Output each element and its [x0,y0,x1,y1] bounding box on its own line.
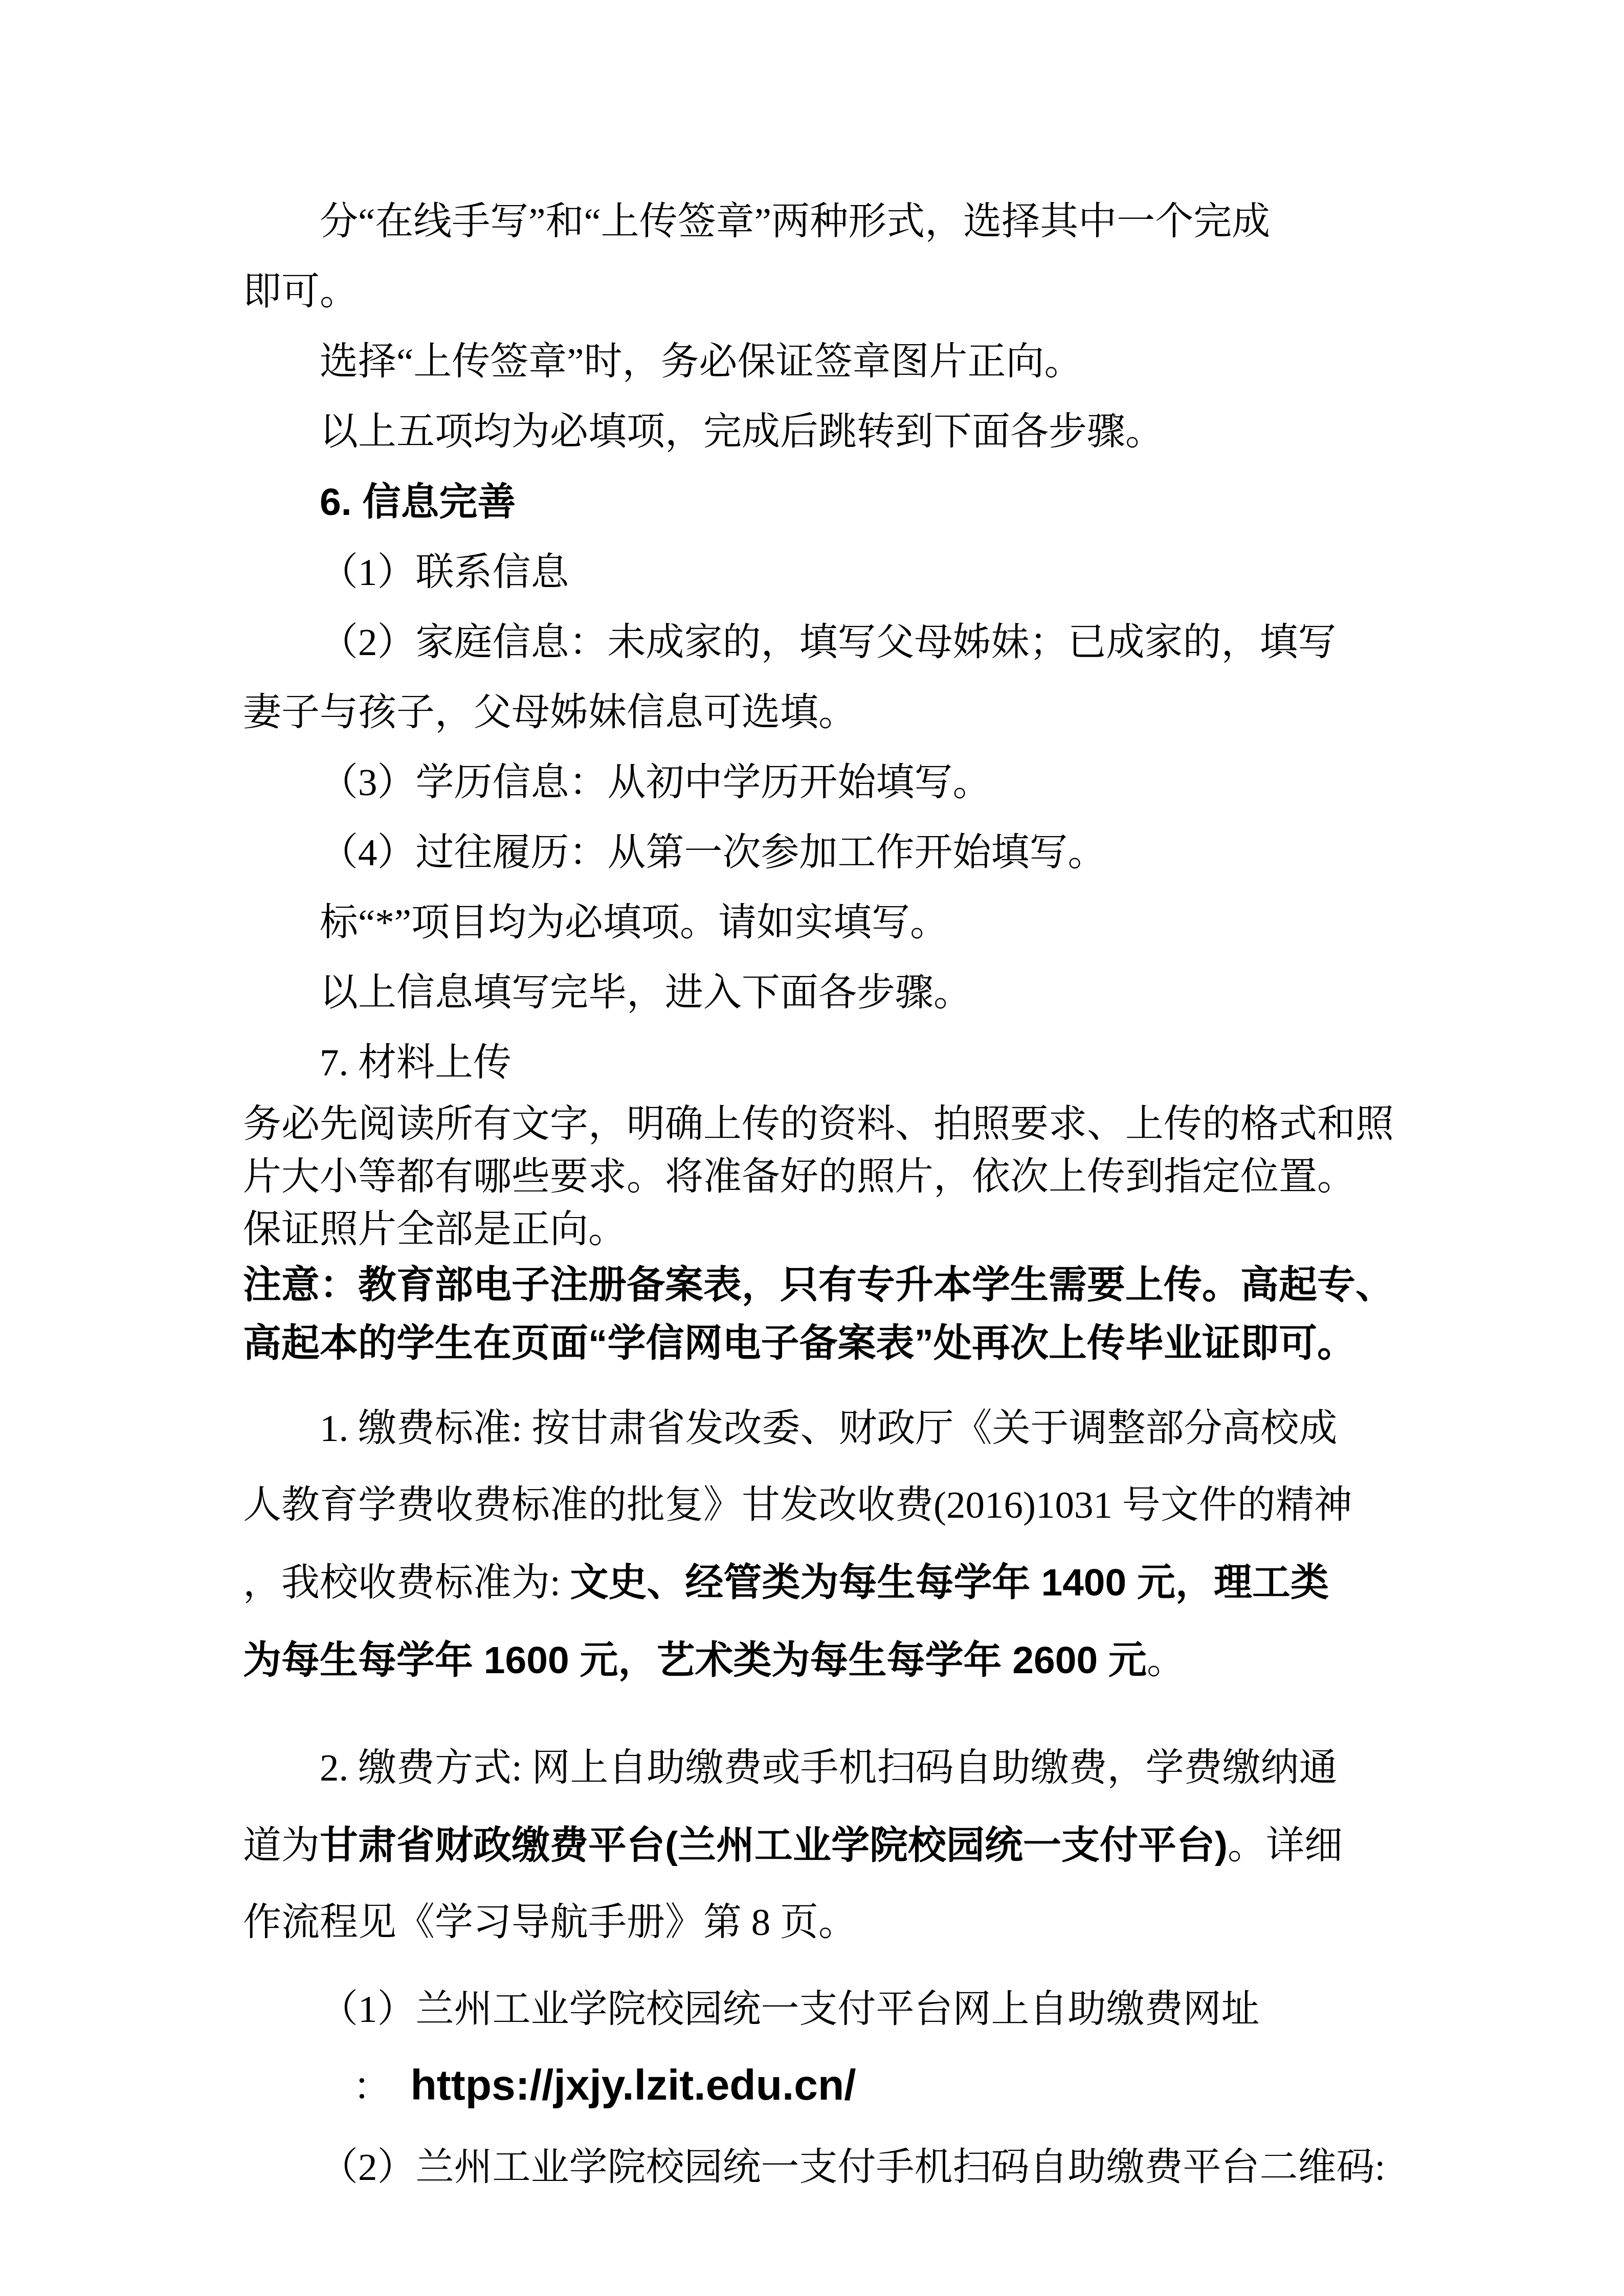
text-segment: 以上五项均为必填项，完成后跳转到下面各步骤。 [320,411,1164,453]
text-segment: 1. 缴费标准: 按甘肃省发改委、财政厅《关于调整部分高校成 [320,1407,1338,1450]
line-fee-standard-2: 人教育学费收费标准的批复》甘发改收费(2016)1031 号文件的精神 [243,1467,1430,1544]
text-segment: 即可。 [243,271,358,313]
text-segment: 人教育学费收费标准的批复》甘发改收费(2016)1031 号文件的精神 [243,1484,1352,1526]
step6-title: 6. 信息完善 [320,480,516,523]
heading-step6: 6. 信息完善 [243,467,1430,537]
text-segment: 。 [1147,1639,1185,1682]
text-segment: 道为 [243,1825,320,1867]
line-upload-seal-note: 选择“上传签章”时，务必保证签章图片正向。 [243,327,1430,397]
text-segment: 。详细 [1228,1825,1343,1867]
text-segment: （1）兰州工业学院校园统一支付平台网上自助缴费网址 [320,1988,1260,2031]
line-pay-method-3: 作流程见《学习导航手册》第 8 页。 [243,1884,1430,1961]
text-segment: 以上信息填写完毕，进入下面各步骤。 [320,972,972,1014]
line-family-info: （2）家庭信息：未成家的，填写父母姊妹；已成家的，填写 [243,607,1430,678]
notice-text: 高起本的学生在页面“学信网电子备案表”处再次上传毕业证即可。 [243,1321,1355,1364]
line-upload-para-1: 务必先阅读所有文字，明确上传的资料、拍照要求、上传的格式和照 [243,1098,1430,1151]
notice-text: 注意：教育部电子注册备案表，只有专升本学生需要上传。高起专、 [243,1263,1394,1306]
line-pay-qrcode-label: （2）兰州工业学院校园统一支付手机扫码自助缴费平台二维码: [243,2129,1430,2206]
payment-platform-name: 甘肃省财政缴费平台(兰州工业学院校园统一支付平台) [320,1824,1228,1866]
text-segment: （2）兰州工业学院校园统一支付手机扫码自助缴费平台二维码: [320,2146,1385,2189]
payment-url: https://jxjy.lzit.edu.cn/ [411,2061,856,2109]
line-info-done: 以上信息填写完毕，进入下面各步骤。 [243,958,1430,1028]
text-segment: 务必先阅读所有文字，明确上传的资料、拍照要求、上传的格式和照 [243,1103,1394,1145]
document-body: 分“在线手写”和“上传签章”两种形式，选择其中一个完成即可。选择“上传签章”时，… [243,187,1430,2206]
text-segment: 片大小等都有哪些要求。将准备好的照片，依次上传到指定位置。 [243,1156,1355,1198]
text-segment: ： [353,2066,411,2108]
line-sign-options-wrap: 即可。 [243,257,1430,327]
text-segment: 妻子与孩子，父母姊妹信息可选填。 [243,691,857,734]
text-segment: ，我校收费标准为: [243,1562,570,1604]
text-segment: 标“*”项目均为必填项。请如实填写。 [320,902,948,944]
line-fee-standard-3: ，我校收费标准为: 文史、经管类为每生每学年 1400 元，理工类 [243,1544,1430,1622]
line-pay-url: ： https://jxjy.lzit.edu.cn/ [243,2048,1430,2124]
fee-amount-science-art: 为每生每学年 1600 元，艺术类为每生每学年 2600 元 [243,1638,1147,1681]
line-contact-info: （1）联系信息 [243,537,1430,607]
document-page: 分“在线手写”和“上传签章”两种形式，选择其中一个完成即可。选择“上传签章”时，… [0,0,1624,2296]
line-work-history: （4）过往履历：从第一次参加工作开始填写。 [243,818,1430,888]
text-segment: （1）联系信息 [320,551,569,594]
line-fee-standard-1: 1. 缴费标准: 按甘肃省发改委、财政厅《关于调整部分高校成 [243,1390,1430,1467]
line-sign-options: 分“在线手写”和“上传签章”两种形式，选择其中一个完成 [243,187,1430,257]
step7-title: 7. 材料上传 [320,1042,511,1084]
text-segment: （4）过往履历：从第一次参加工作开始填写。 [320,831,1106,874]
line-fee-standard-4: 为每生每学年 1600 元，艺术类为每生每学年 2600 元。 [243,1622,1430,1699]
line-notice-2: 高起本的学生在页面“学信网电子备案表”处再次上传毕业证即可。 [243,1314,1430,1372]
line-pay-method-2: 道为甘肃省财政缴费平台(兰州工业学院校园统一支付平台)。详细 [243,1807,1430,1884]
line-upload-para-3: 保证照片全部是正向。 [243,1203,1430,1256]
text-segment: （2）家庭信息：未成家的，填写父母姊妹；已成家的，填写 [320,621,1337,664]
line-pay-url-label: （1）兰州工业学院校园统一支付平台网上自助缴费网址 [243,1971,1430,2048]
line-pay-method-1: 2. 缴费方式: 网上自助缴费或手机扫码自助缴费，学费缴纳通 [243,1730,1430,1807]
line-five-required: 以上五项均为必填项，完成后跳转到下面各步骤。 [243,397,1430,467]
line-family-info-wrap: 妻子与孩子，父母姊妹信息可选填。 [243,678,1430,748]
line-notice-1: 注意：教育部电子注册备案表，只有专升本学生需要上传。高起专、 [243,1256,1430,1314]
text-segment: 选择“上传签章”时，务必保证签章图片正向。 [320,341,1083,383]
text-segment: 分“在线手写”和“上传签章”两种形式，选择其中一个完成 [320,200,1270,243]
fee-amount-liberal-arts: 文史、经管类为每生每学年 1400 元，理工类 [570,1561,1329,1604]
heading-step7: 7. 材料上传 [243,1028,1430,1098]
text-segment: 2. 缴费方式: 网上自助缴费或手机扫码自助缴费，学费缴纳通 [320,1747,1338,1789]
text-segment: 作流程见《学习导航手册》第 8 页。 [243,1901,857,1944]
text-segment: 保证照片全部是正向。 [243,1208,627,1251]
line-upload-para-2: 片大小等都有哪些要求。将准备好的照片，依次上传到指定位置。 [243,1151,1430,1203]
line-education-info: （3）学历信息：从初中学历开始填写。 [243,748,1430,818]
line-star-required: 标“*”项目均为必填项。请如实填写。 [243,888,1430,958]
text-segment: （3）学历信息：从初中学历开始填写。 [320,761,991,804]
